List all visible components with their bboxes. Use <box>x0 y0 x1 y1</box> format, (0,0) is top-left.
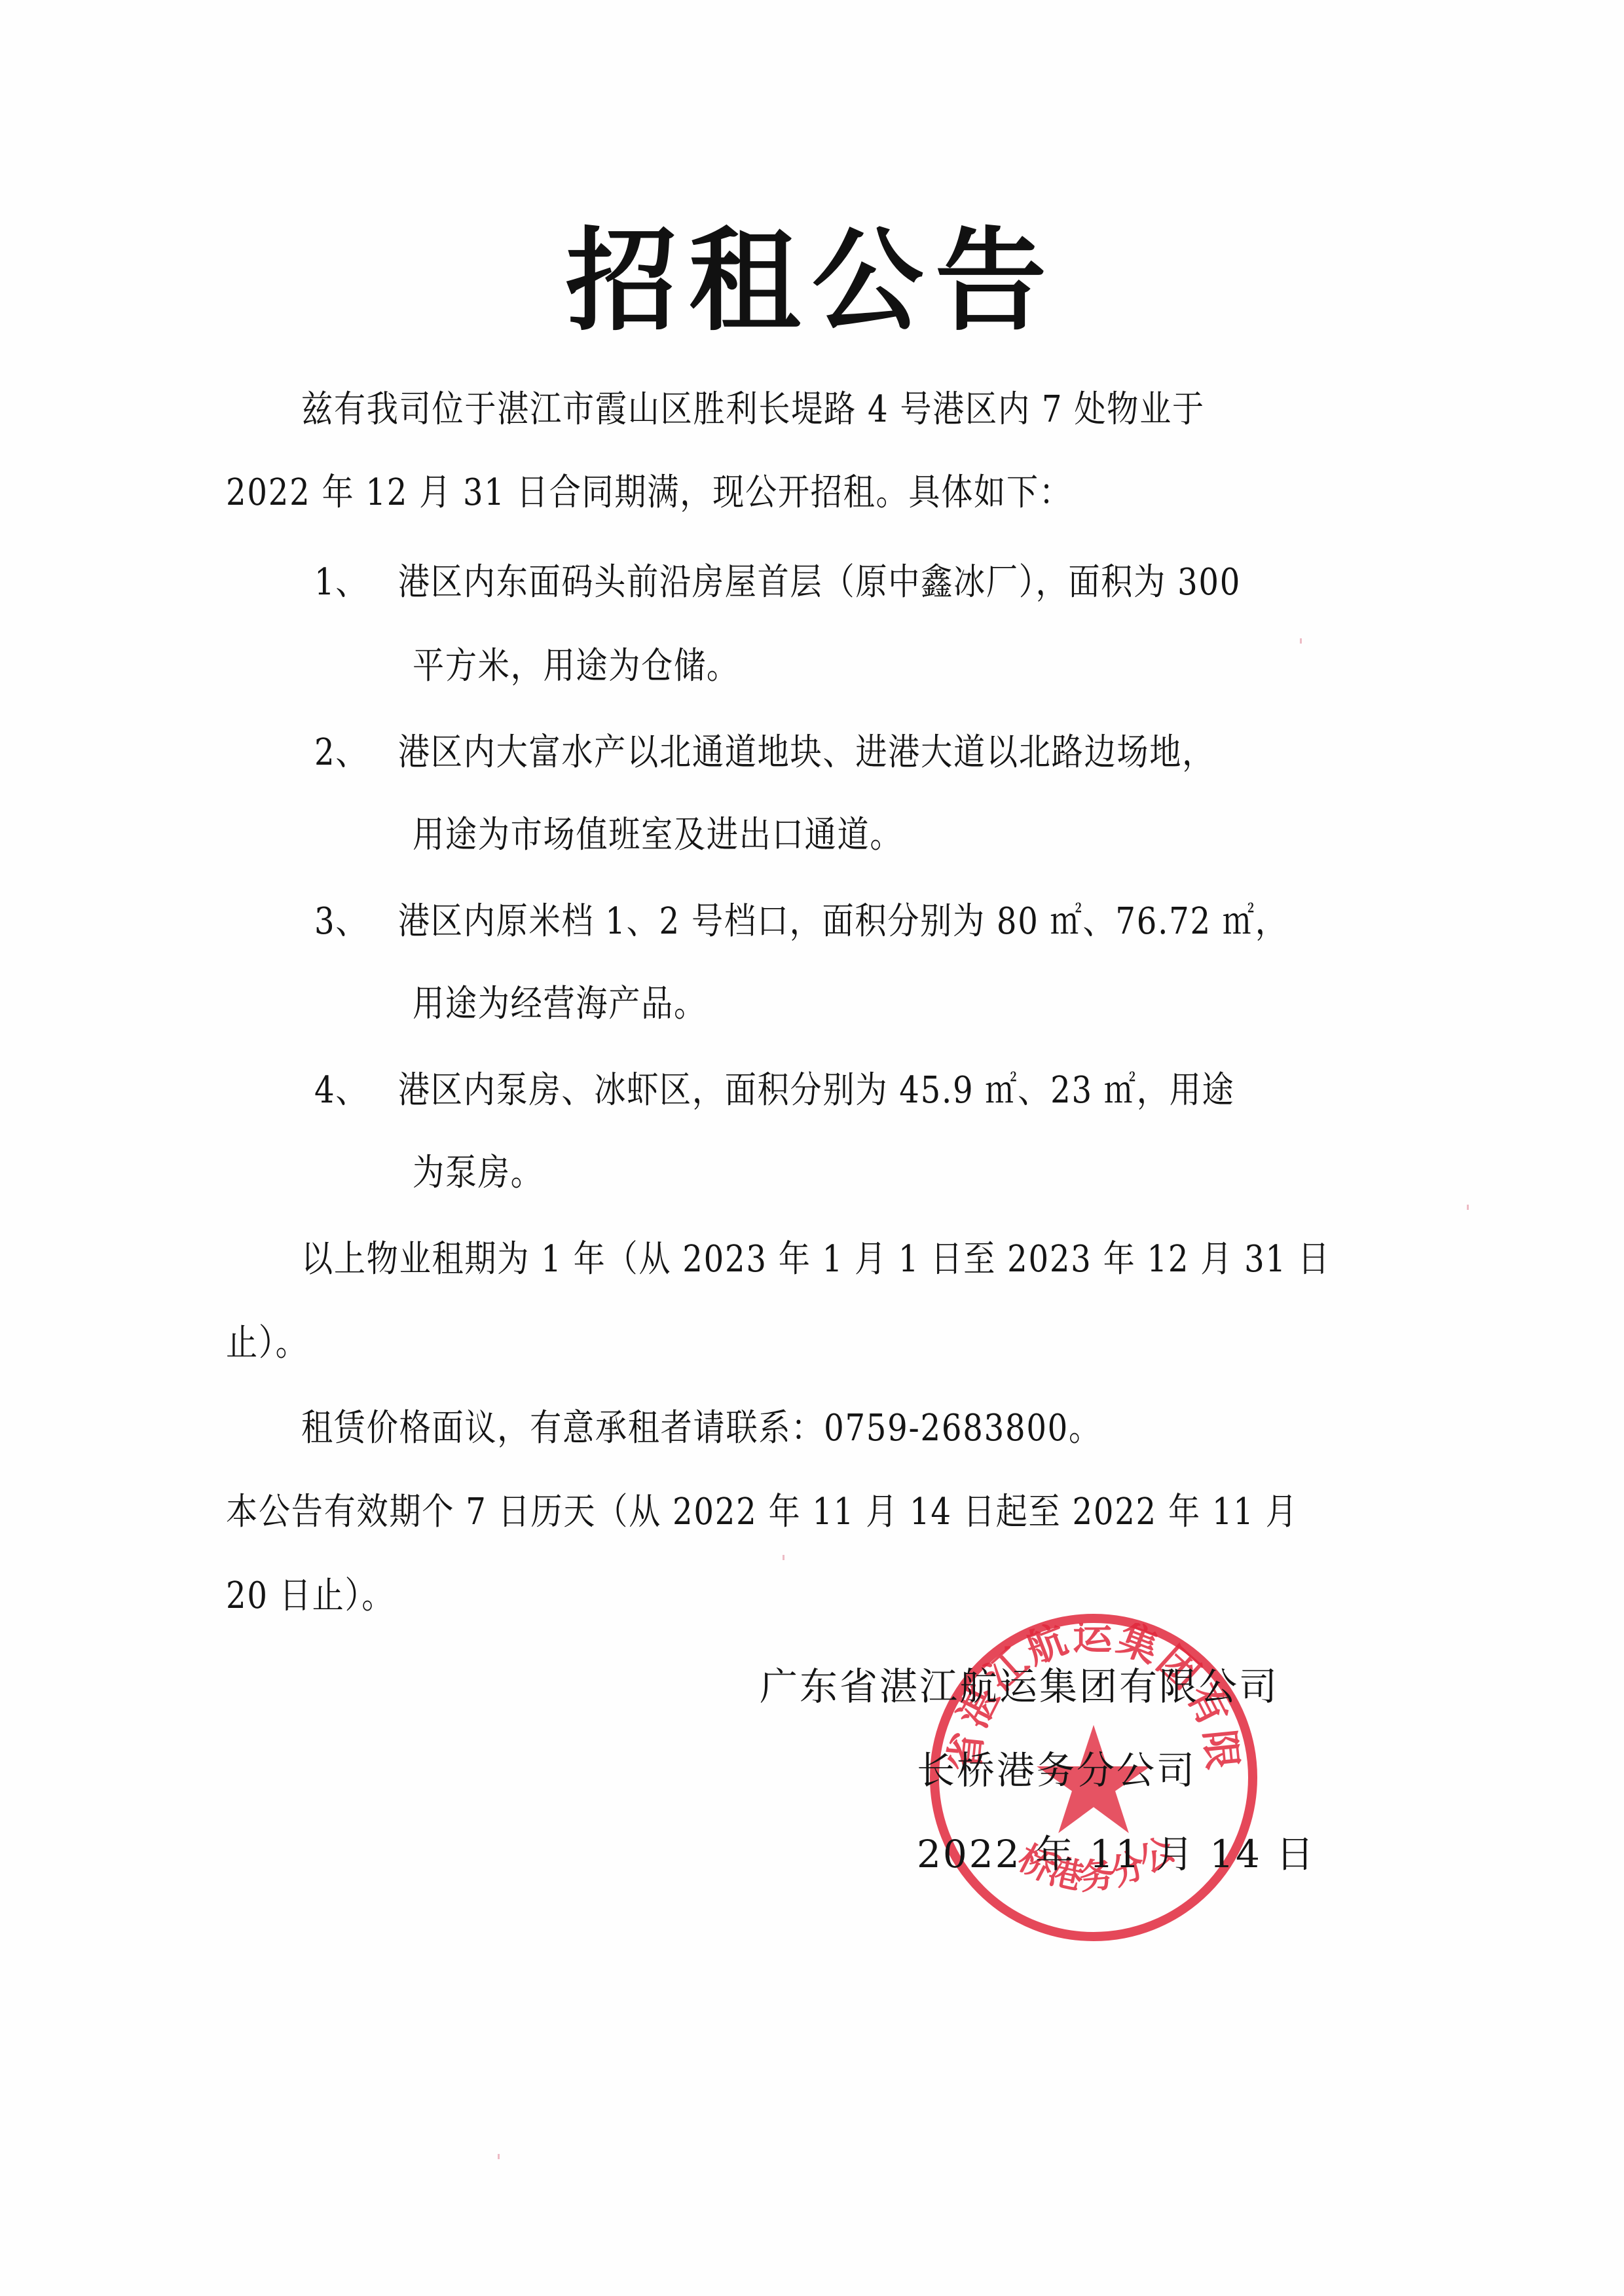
item-3-number: 3、 <box>314 896 368 948</box>
lease-term-line-1: 以上物业租期为 1 年（从 2023 年 1 月 1 日至 2023 年 12 … <box>301 1233 1331 1286</box>
scan-speck <box>1467 1205 1469 1210</box>
item-1-line-1: 港区内东面码头前沿房屋首层（原中鑫冰厂），面积为 300 <box>398 556 1241 609</box>
contact-line: 租赁价格面议，有意承租者请联系：0759-2683800。 <box>301 1402 1101 1455</box>
item-4-line-2: 为泵房。 <box>413 1147 544 1199</box>
item-2-line-1: 港区内大富水产以北通道地块、进港大道以北路边场地， <box>398 727 1215 779</box>
validity-line-1: 本公告有效期个 7 日历天（从 2022 年 11 月 14 日起至 2022 … <box>226 1486 1298 1539</box>
scan-speck <box>498 2154 500 2159</box>
signature-branch: 长桥港务分公司 <box>917 1744 1196 1796</box>
item-4-line-1: 港区内泵房、冰虾区，面积分别为 45.9 ㎡、23 ㎡，用途 <box>398 1065 1234 1117</box>
item-4-number: 4、 <box>314 1065 368 1117</box>
item-2-line-2: 用途为市场值班室及进出口通道。 <box>413 809 902 862</box>
scan-speck <box>1300 638 1302 644</box>
document-page: 招租公告 兹有我司位于湛江市霞山区胜利长堤路 4 号港区内 7 处物业于 202… <box>0 0 1624 2296</box>
item-2-number: 2、 <box>314 727 368 779</box>
item-1-number: 1、 <box>314 556 368 609</box>
signature-company: 广东省湛江航运集团有限公司 <box>760 1660 1279 1713</box>
intro-line-1: 兹有我司位于湛江市霞山区胜利长堤路 4 号港区内 7 处物业于 <box>301 384 1205 436</box>
signature-date: 2022 年 11 月 14 日 <box>917 1828 1316 1880</box>
intro-line-2: 2022 年 12 月 31 日合同期满，现公开招租。具体如下： <box>226 467 1072 519</box>
lease-term-line-2: 止）。 <box>226 1317 308 1370</box>
item-3-line-2: 用途为经营海产品。 <box>413 978 707 1030</box>
item-3-line-1: 港区内原米档 1、2 号档口，面积分别为 80 ㎡、76.72 ㎡， <box>398 896 1288 948</box>
page-title: 招租公告 <box>0 216 1624 347</box>
item-1-line-2: 平方米，用途为仓储。 <box>413 640 739 693</box>
scan-speck <box>783 1555 784 1560</box>
validity-line-2: 20 日止）。 <box>226 1570 394 1622</box>
